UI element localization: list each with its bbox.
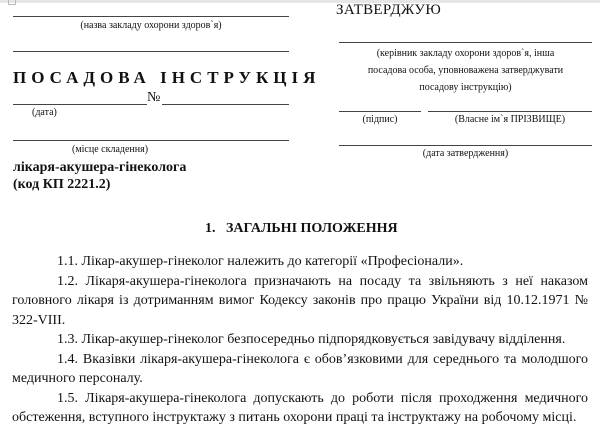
institution-second-line: [13, 51, 289, 52]
paragraph-1-4: 1.4. Вказівки лікаря-акушера-гінеколога …: [12, 350, 588, 389]
paragraph-1-2: 1.2. Лікаря-акушера-гінеколога призначаю…: [12, 272, 588, 331]
page-corner-marker: [8, 0, 16, 5]
approval-date-caption: (дата затвердження): [339, 148, 592, 159]
approver-caption-line-3: посадову інструкцію): [339, 79, 592, 96]
date-line: [13, 104, 147, 105]
place-line: [13, 140, 289, 141]
approver-caption-line-1: (керівник закладу охорони здоров`я, інша: [339, 45, 592, 62]
paragraph-1-5: 1.5. Лікаря-акушера-гінеколога допускают…: [12, 389, 588, 426]
position-code: (код КП 2221.2): [13, 177, 110, 193]
number-sign: №: [147, 90, 160, 106]
place-caption: (місце складення): [72, 144, 148, 155]
paragraph-1-3: 1.3. Лікар-акушер-гінеколог безпосереднь…: [12, 330, 588, 350]
paragraph-1-1: 1.1. Лікар-акушер-гінеколог належить до …: [12, 252, 588, 272]
section-heading: 1. ЗАГАЛЬНІ ПОЛОЖЕННЯ: [205, 221, 398, 237]
position-name: лікаря-акушера-гінеколога: [13, 160, 186, 176]
institution-caption: (назва закладу охорони здоров`я): [13, 20, 289, 31]
approver-line: [339, 42, 592, 43]
approver-caption: (керівник закладу охорони здоров`я, інша…: [339, 45, 592, 96]
institution-name-line: [13, 16, 289, 17]
full-name-line: [428, 111, 592, 112]
section-number: 1.: [205, 221, 216, 236]
approval-date-line: [339, 145, 592, 146]
full-name-caption: (Власне ім`я ПРІЗВИЩЕ): [428, 114, 592, 125]
approver-caption-line-2: посадова особа, уповноважена затверджува…: [339, 62, 592, 79]
approve-label: ЗАТВЕРДЖУЮ: [336, 2, 441, 19]
doc-title: ПОСАДОВА ІНСТРУКЦІЯ: [13, 68, 320, 88]
number-line: [162, 104, 289, 105]
top-edge: [0, 0, 600, 3]
signature-caption: (підпис): [339, 114, 421, 125]
section-title: ЗАГАЛЬНІ ПОЛОЖЕННЯ: [226, 221, 398, 236]
signature-line: [339, 111, 421, 112]
section-body: 1.1. Лікар-акушер-гінеколог належить до …: [12, 252, 588, 426]
date-caption: (дата): [32, 107, 57, 118]
